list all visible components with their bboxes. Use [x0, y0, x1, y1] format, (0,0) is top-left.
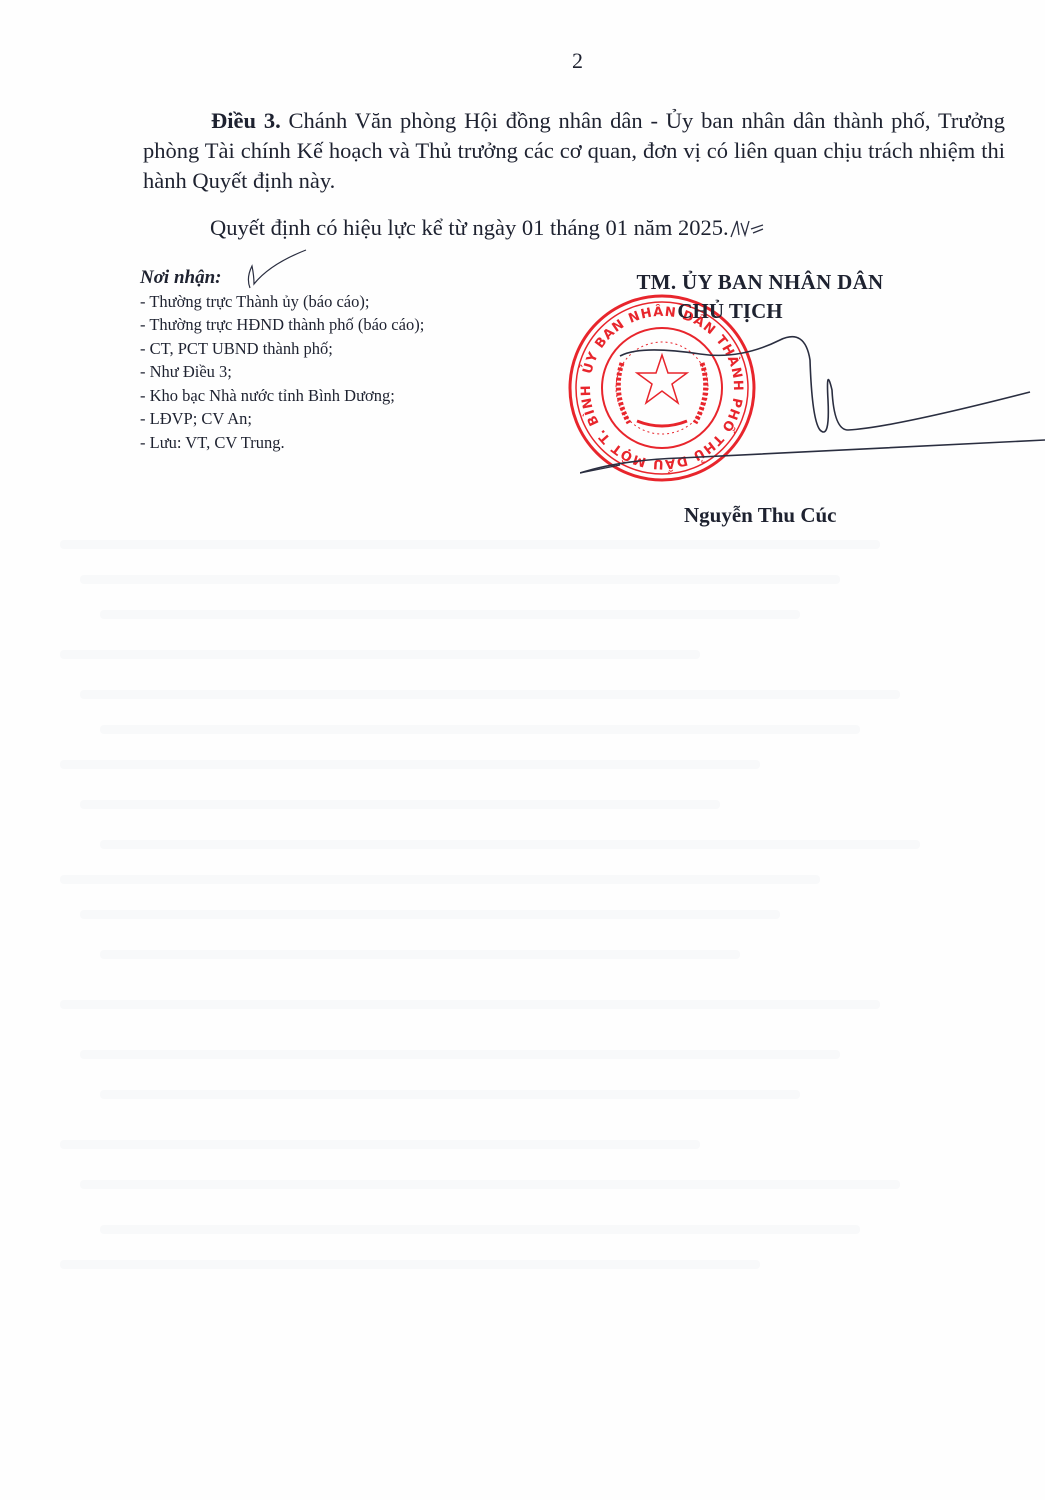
show-through-line [100, 950, 740, 959]
show-through-line [60, 1260, 760, 1269]
handwritten-signature-icon [580, 320, 1045, 480]
recipient-item: - Thường trực Thành ủy (báo cáo); [140, 290, 424, 314]
recipient-item: - Thường trực HĐND thành phố (báo cáo); [140, 313, 424, 337]
signature-block: TM. ỦY BAN NHÂN DÂN CHỦ TỊCH [600, 270, 960, 324]
show-through-line [80, 690, 900, 699]
show-through-line [80, 800, 720, 809]
article-3-label: Điều 3. [211, 108, 281, 133]
show-through-line [80, 910, 780, 919]
signatory-organization: TM. ỦY BAN NHÂN DÂN [580, 270, 940, 295]
recipients-block: Nơi nhận: - Thường trực Thành ủy (báo cá… [140, 266, 424, 454]
article-3-paragraph: Điều 3. Chánh Văn phòng Hội đồng nhân dâ… [143, 106, 1005, 196]
document-page: 2 Điều 3. Chánh Văn phòng Hội đồng nhân … [0, 0, 1045, 1500]
recipients-list: - Thường trực Thành ủy (báo cáo); - Thườ… [140, 290, 424, 455]
show-through-line [80, 575, 840, 584]
effective-date-text: Quyết định có hiệu lực kể từ ngày 01 thá… [210, 215, 729, 240]
show-through-line [60, 650, 700, 659]
show-through-line [60, 540, 880, 549]
recipient-item: - CT, PCT UBND thành phố; [140, 337, 424, 361]
show-through-line [100, 725, 860, 734]
recipient-item: - Như Điều 3; [140, 360, 424, 384]
recipient-item: - Kho bạc Nhà nước tỉnh Bình Dương; [140, 384, 424, 408]
show-through-line [100, 840, 920, 849]
initials-mark-icon [729, 217, 765, 239]
recipient-item: - LĐVP; CV An; [140, 407, 424, 431]
show-through-line [60, 875, 820, 884]
effective-date-paragraph: Quyết định có hiệu lực kể từ ngày 01 thá… [210, 215, 765, 241]
signer-name: Nguyễn Thu Cúc [684, 503, 837, 528]
show-through-line [100, 610, 800, 619]
show-through-line [60, 1140, 700, 1149]
recipient-item: - Lưu: VT, CV Trung. [140, 431, 424, 455]
show-through-line [60, 760, 760, 769]
recipients-heading: Nơi nhận: [140, 266, 424, 290]
show-through-line [80, 1180, 900, 1189]
show-through-line [100, 1225, 860, 1234]
show-through-line [100, 1090, 800, 1099]
show-through-line [80, 1050, 840, 1059]
page-number: 2 [0, 48, 1045, 74]
show-through-line [60, 1000, 880, 1009]
